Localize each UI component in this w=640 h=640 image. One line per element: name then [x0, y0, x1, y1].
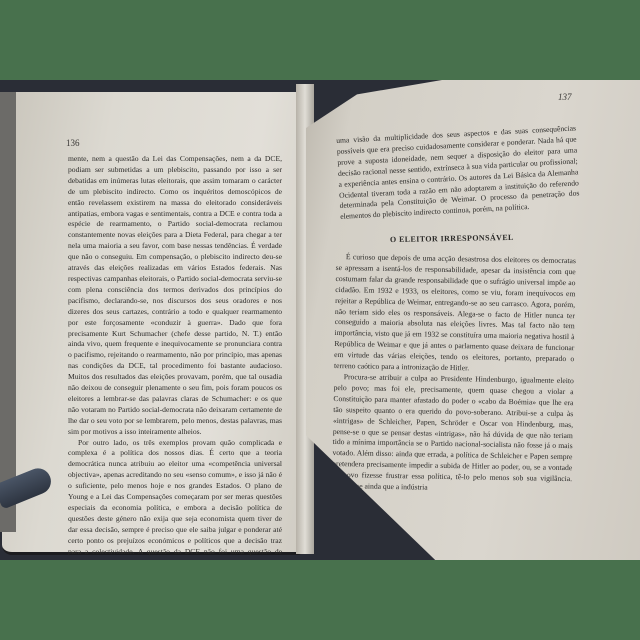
page-number-right: 137: [558, 92, 572, 102]
page-stack-edge: [0, 92, 16, 532]
section-text: É curioso que depois de uma acção desast…: [332, 252, 576, 496]
paragraph: Por outro lado, os três exemplos provam …: [68, 438, 282, 560]
paragraph: mente, nem a questão da Lei das Compensa…: [68, 154, 282, 438]
right-page: 137 uma visão da multiplicidade dos seus…: [306, 80, 640, 560]
page-number-left: 136: [66, 138, 80, 148]
section-heading: O ELEITOR IRRESPONSÁVEL: [390, 233, 514, 244]
left-page-text: mente, nem a questão da Lei das Compensa…: [68, 154, 282, 560]
paragraph: Procura-se atribuir a culpa ao President…: [332, 372, 574, 496]
paragraph: uma visão da multiplicidade dos seus asp…: [336, 123, 580, 223]
right-page-text: uma visão da multiplicidade dos seus asp…: [336, 123, 580, 223]
book-photo: 136 mente, nem a questão da Lei das Comp…: [0, 80, 640, 560]
paragraph: É curioso que depois de uma acção desast…: [334, 252, 576, 376]
